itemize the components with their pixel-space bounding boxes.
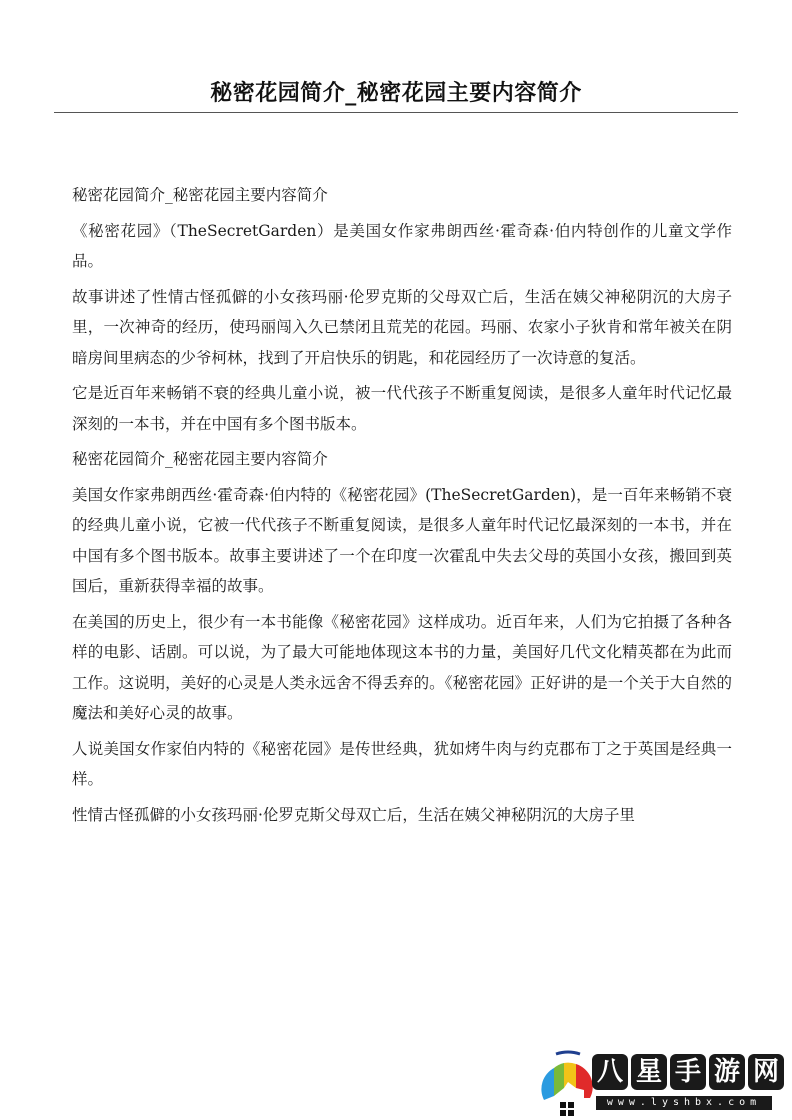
brand-char: 游 bbox=[709, 1054, 745, 1090]
paragraph: 秘密花园简介_秘密花园主要内容简介 bbox=[72, 444, 732, 475]
title-divider bbox=[54, 112, 738, 113]
paragraph: 性情古怪孤僻的小女孩玛丽·伦罗克斯父母双亡后，生活在姨父神秘阴沉的大房子里 bbox=[72, 800, 732, 831]
brand-char: 八 bbox=[592, 1054, 628, 1090]
paragraph: 《秘密花园》（TheSecretGarden）是美国女作家弗朗西丝·霍奇森·伯内… bbox=[72, 216, 732, 277]
paragraph: 秘密花园简介_秘密花园主要内容简介 bbox=[72, 180, 732, 211]
document-body: 秘密花园简介_秘密花园主要内容简介 《秘密花园》（TheSecretGarden… bbox=[72, 180, 732, 835]
brand-char: 手 bbox=[670, 1054, 706, 1090]
paragraph: 美国女作家弗朗西丝·霍奇森·伯内特的《秘密花园》(TheSecretGarden… bbox=[72, 480, 732, 602]
paragraph: 在美国的历史上，很少有一本书能像《秘密花园》这样成功。近百年来，人们为它拍摄了各… bbox=[72, 607, 732, 729]
brand-char: 星 bbox=[631, 1054, 667, 1090]
paragraph: 故事讲述了性情古怪孤僻的小女孩玛丽·伦罗克斯的父母双亡后，生活在姨父神秘阴沉的大… bbox=[72, 282, 732, 374]
site-watermark: 八 星 手 游 网 www.lyshbx.com bbox=[540, 1048, 792, 1120]
paragraph: 人说美国女作家伯内特的《秘密花园》是传世经典，犹如烤牛肉与约克郡布丁之于英国是经… bbox=[72, 734, 732, 795]
house-logo-icon bbox=[540, 1048, 596, 1120]
watermark-url: www.lyshbx.com bbox=[596, 1096, 772, 1110]
document-title: 秘密花园简介_秘密花园主要内容简介 bbox=[0, 76, 792, 107]
watermark-brand: 八 星 手 游 网 bbox=[592, 1054, 784, 1090]
brand-char: 网 bbox=[748, 1054, 784, 1090]
paragraph: 它是近百年来畅销不衰的经典儿童小说，被一代代孩子不断重复阅读，是很多人童年时代记… bbox=[72, 378, 732, 439]
